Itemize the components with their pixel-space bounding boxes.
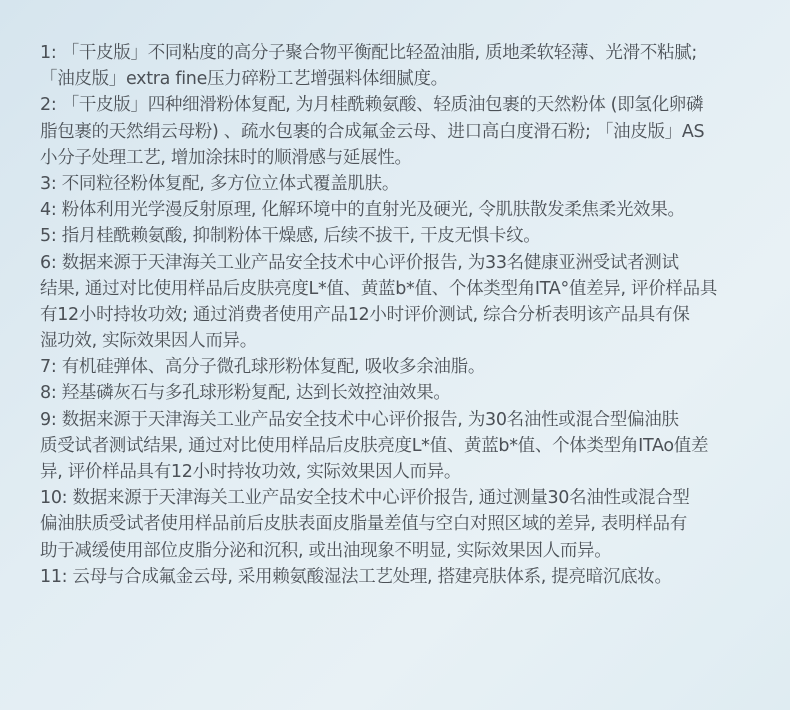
footnote-6-line-3: 有12小时持妆功效; 通过消费者使用产品12小时评价测试, 综合分析表明该产品具… (40, 302, 760, 328)
footnote-10-line-1: 10: 数据来源于天津海关工业产品安全技术中心评价报告, 通过测量30名油性或混… (40, 485, 760, 511)
footnote-8: 8: 羟基磷灰石与多孔球形粉复配, 达到长效控油效果。 (40, 380, 760, 406)
footnote-6-line-1: 6: 数据来源于天津海关工业产品安全技术中心评价报告, 为33名健康亚洲受试者测… (40, 250, 760, 276)
footnote-3: 3: 不同粒径粉体复配, 多方位立体式覆盖肌肤。 (40, 171, 760, 197)
product-footnotes: 1: 「干皮版」不同粘度的高分子聚合物平衡配比轻盈油脂, 质地柔软轻薄、光滑不粘… (40, 40, 760, 590)
footnote-5: 5: 指月桂酰赖氨酸, 抑制粉体干燥感, 后续不拔干, 干皮无惧卡纹。 (40, 223, 760, 249)
footnote-10-line-3: 助于减缓使用部位皮脂分泌和沉积, 或出油现象不明显, 实际效果因人而异。 (40, 538, 760, 564)
footnote-11: 11: 云母与合成氟金云母, 采用赖氨酸湿法工艺处理, 搭建亮肤体系, 提亮暗沉… (40, 564, 760, 590)
footnote-2-line-2: 脂包裹的天然绢云母粉) 、疏水包裹的合成氟金云母、进口高白度滑石粉; 「油皮版」… (40, 119, 760, 145)
footnote-1-line-1: 1: 「干皮版」不同粘度的高分子聚合物平衡配比轻盈油脂, 质地柔软轻薄、光滑不粘… (40, 40, 760, 66)
footnote-10-line-2: 偏油肤质受试者使用样品前后皮肤表面皮脂量差值与空白对照区域的差异, 表明样品有 (40, 511, 760, 537)
footnote-9-line-1: 9: 数据来源于天津海关工业产品安全技术中心评价报告, 为30名油性或混合型偏油… (40, 407, 760, 433)
footnote-6-line-2: 结果, 通过对比使用样品后皮肤亮度L*值、黄蓝b*值、个体类型角ITA°值差异,… (40, 276, 760, 302)
footnote-2-line-3: 小分子处理工艺, 增加涂抹时的顺滑感与延展性。 (40, 145, 760, 171)
footnote-2-line-1: 2: 「干皮版」四种细滑粉体复配, 为月桂酰赖氨酸、轻质油包裹的天然粉体 (即氢… (40, 92, 760, 118)
footnote-4: 4: 粉体利用光学漫反射原理, 化解环境中的直射光及硬光, 令肌肤散发柔焦柔光效… (40, 197, 760, 223)
footnote-9-line-3: 异, 评价样品具有12小时持妆功效, 实际效果因人而异。 (40, 459, 760, 485)
footnote-6-line-4: 湿功效, 实际效果因人而异。 (40, 328, 760, 354)
footnote-7: 7: 有机硅弹体、高分子微孔球形粉体复配, 吸收多余油脂。 (40, 354, 760, 380)
footnote-1-line-2: 「油皮版」extra fine压力碎粉工艺增强料体细腻度。 (40, 66, 760, 92)
footnote-9-line-2: 质受试者测试结果, 通过对比使用样品后皮肤亮度L*值、黄蓝b*值、个体类型角IT… (40, 433, 760, 459)
